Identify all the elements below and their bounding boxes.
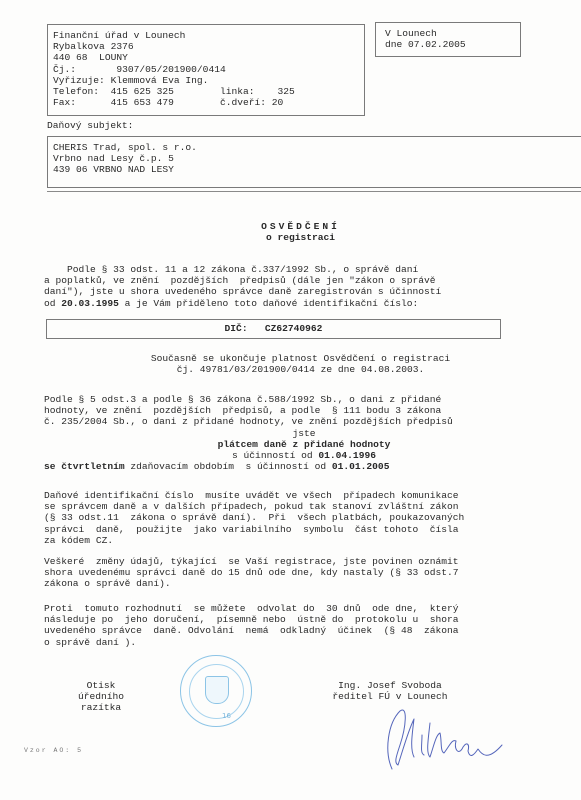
phone-line: Telefon: 415 625 325 linka: 325 [53, 86, 364, 97]
handled-by: Vyřizuje: Klemmová Eva Ing. [53, 75, 364, 86]
paragraph-line: se správcem daně a v dalších případech, … [44, 501, 564, 512]
fax-line: Fax: 415 653 479 č.dveří: 20 [53, 97, 364, 108]
paragraph-line: o správě daní ). [44, 637, 564, 648]
cancellation-note: Současně se ukončuje platnost Osvědčení … [0, 353, 581, 375]
document-title: OSVĚDČENÍ o registraci [0, 221, 581, 243]
paragraph-line: č. 235/2004 Sb., o dani z přidané hodnot… [44, 416, 564, 427]
subject-company: CHERIS Trad, spol. s r.o. [53, 142, 581, 153]
text: zdaňovacím obdobím s účinností od [125, 461, 332, 472]
registration-date: 20.03.1995 [61, 298, 119, 309]
signer-title: ředitel FÚ v Lounech [300, 691, 480, 702]
paragraph-line: hodnoty, ve znění pozdějších předpisů, a… [44, 405, 564, 416]
coat-of-arms-icon [205, 676, 229, 704]
paragraph-line: Proti tomuto rozhodnutí se můžete odvola… [44, 603, 564, 614]
signer-name: Ing. Josef Svoboda [300, 680, 480, 691]
paragraph-line: Podle § 5 odst.3 a podle § 36 zákona č.5… [44, 394, 564, 405]
stamp-number: 16 [222, 712, 231, 720]
office-street: Rybalkova 2376 [53, 41, 364, 52]
tax-subject-label: Daňový subjekt: [47, 120, 133, 131]
vat-payer-paragraph: Podle § 5 odst.3 a podle § 36 zákona č.5… [44, 394, 564, 472]
paragraph-line: následuje po jeho doručení, písemně nebo… [44, 614, 564, 625]
tax-id-box: DIČ: CZ62740962 [46, 319, 501, 339]
paragraph-line: Veškeré změny údajů, týkající se Vaší re… [44, 556, 564, 567]
tax-period: se čtvrtletním [44, 461, 125, 472]
office-city: 440 68 LOUNY [53, 52, 364, 63]
tax-id-value: CZ62740962 [265, 323, 323, 334]
paragraph-line: se čtvrtletním zdaňovacím obdobím s účin… [44, 461, 564, 472]
cancellation-line: čj. 49781/03/201900/0414 ze dne 04.08.20… [20, 364, 581, 375]
reference-number: Čj.: 9307/05/201900/0414 [53, 64, 364, 75]
paragraph-line: daní"), jste u shora uvedeného správce d… [44, 286, 564, 297]
stamp-label-line: úředního [78, 691, 124, 702]
stamp-label-line: razítka [78, 702, 124, 713]
cancellation-line: Současně se ukončuje platnost Osvědčení … [20, 353, 581, 364]
date-box: V Lounech dne 07.02.2005 [375, 22, 521, 57]
paragraph-line: shora uvedenému správci daně do 15 dnů o… [44, 567, 564, 578]
paragraph-line: (§ 33 odst.11 zákona o správě daní). Při… [44, 512, 564, 523]
issue-place: V Lounech [385, 28, 520, 39]
appeal-paragraph: Proti tomuto rozhodnutí se můžete odvola… [44, 603, 564, 648]
paragraph-line: za kódem CZ. [44, 535, 564, 546]
title-main: OSVĚDČENÍ [20, 221, 581, 232]
signer-block: Ing. Josef Svoboda ředitel FÚ v Lounech [300, 680, 480, 702]
official-stamp-icon: 16 [180, 655, 252, 727]
stamp-label: Otisk úředního razítka [78, 680, 124, 714]
title-sub: o registraci [20, 232, 581, 243]
change-notification-paragraph: Veškeré změny údajů, týkající se Vaší re… [44, 556, 564, 590]
handwritten-signature-icon [370, 705, 510, 775]
paragraph-line: od 20.03.1995 a je Vám přiděleno toto da… [44, 298, 564, 309]
issuing-office-box: Finanční úřad v Lounech Rybalkova 2376 4… [47, 24, 365, 116]
paragraph-line: Daňové identifikační číslo musíte uvádět… [44, 490, 564, 501]
tax-id-label: DIČ: [225, 323, 248, 334]
vat-effective-date: 01.04.1996 [318, 450, 376, 461]
subject-city: 439 06 VRBNO NAD LESY [53, 164, 581, 175]
paragraph-line: jste [44, 428, 564, 439]
text: s účinností od [232, 450, 318, 461]
paragraph-line: s účinností od 01.04.1996 [44, 450, 564, 461]
period-effective-date: 01.01.2005 [332, 461, 390, 472]
tax-subject-box: CHERIS Trad, spol. s r.o. Vrbno nad Lesy… [47, 136, 581, 188]
issue-date: dne 07.02.2005 [385, 39, 520, 50]
subject-address: Vrbno nad Lesy č.p. 5 [53, 153, 581, 164]
paragraph-line: zákona o správě daní). [44, 578, 564, 589]
paragraph-line: Podle § 33 odst. 11 a 12 zákona č.337/19… [44, 264, 564, 275]
divider [47, 191, 581, 192]
stamp-label-line: Otisk [78, 680, 124, 691]
text: a je Vám přiděleno toto daňové identifik… [119, 298, 418, 309]
paragraph-line: a poplatků, ve znění pozdějších předpisů… [44, 275, 564, 286]
paragraph-line: uvedeného správce daně. Odvolání nemá od… [44, 625, 564, 636]
registration-paragraph: Podle § 33 odst. 11 a 12 zákona č.337/19… [44, 264, 564, 309]
vat-payer-status: plátcem daně z přidané hodnoty [44, 439, 564, 450]
paragraph-line: správci daně, použijte jako variabilního… [44, 524, 564, 535]
text: od [44, 298, 61, 309]
form-code: Vzor AO: 5 [24, 745, 83, 756]
tax-id-usage-paragraph: Daňové identifikační číslo musíte uvádět… [44, 490, 564, 546]
office-name: Finanční úřad v Lounech [53, 30, 364, 41]
